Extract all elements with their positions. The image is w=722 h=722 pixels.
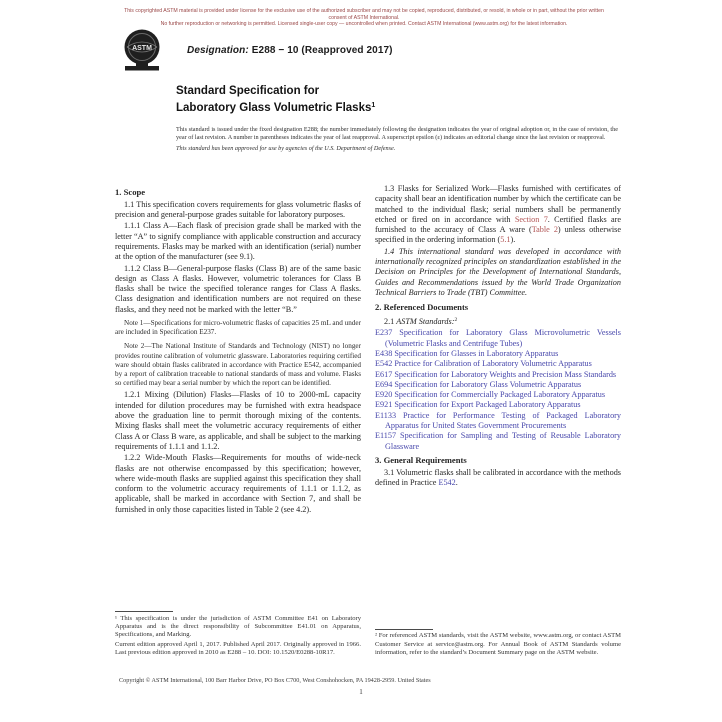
page-number: 1 [0, 688, 722, 696]
ref-link-e617[interactable]: E617 Specification for Laboratory Weight… [375, 370, 621, 380]
crossref-section7-link[interactable]: Section 7 [515, 215, 548, 224]
designation-code: E288 − 10 (Reapproved 2017) [252, 45, 393, 56]
ref-link-e920[interactable]: E920 Specification for Commercially Pack… [375, 390, 621, 400]
ref-link-e1133[interactable]: E1133 Practice for Performance Testing o… [375, 411, 621, 432]
paragraph-3-1: 3.1 Volumetric flasks shall be calibrate… [375, 468, 621, 489]
title-footnote-ref[interactable]: 1 [371, 102, 375, 109]
referenced-documents-heading: 2. Referenced Documents [375, 302, 621, 312]
logo-text: ASTM [132, 45, 152, 52]
designation-label: Designation: [187, 45, 249, 56]
paragraph-1-3: 1.3 Flasks for Serialized Work—Flasks fu… [375, 184, 621, 246]
footnote-1-edition: Current edition approved April 1, 2017. … [115, 641, 361, 657]
paragraph-1-2-2: 1.2.2 Wide-Mouth Flasks—Requirements for… [115, 453, 361, 515]
right-column: 1.3 Flasks for Serialized Work—Flasks fu… [375, 184, 621, 658]
footnote-block-2: ² For referenced ASTM standards, visit t… [375, 629, 621, 658]
astm-standards-subheading: 2.1 ASTM Standards:2 [375, 315, 621, 327]
body-columns: 1. Scope 1.1 This specification covers r… [115, 184, 621, 658]
referenced-standards-list: E237 Specification for Laboratory Glass … [375, 328, 621, 452]
scope-heading: 1. Scope [115, 187, 361, 197]
left-column: 1. Scope 1.1 This specification covers r… [115, 184, 361, 658]
paragraph-1-1: 1.1 This specification covers requiremen… [115, 200, 361, 221]
document-page: This copyrighted ASTM material is provid… [0, 0, 722, 722]
preamble-issued-text: This standard is issued under the fixed … [176, 126, 618, 142]
ref-link-e1157[interactable]: E1157 Specification for Sampling and Tes… [375, 431, 621, 452]
ref-link-e438[interactable]: E438 Specification for Glasses in Labora… [375, 349, 621, 359]
ref-link-e542[interactable]: E542 Practice for Calibration of Laborat… [375, 359, 621, 369]
standard-title: Standard Specification for Laboratory Gl… [176, 85, 375, 115]
inline-link-e542[interactable]: E542 [438, 478, 455, 487]
paragraph-1-1-2: 1.1.2 Class B—General-purpose flasks (Cl… [115, 264, 361, 315]
crossref-5-1-link[interactable]: 5.1 [500, 235, 510, 244]
issuing-preamble: This standard is issued under the fixed … [176, 126, 618, 153]
note-2: Note 2—The National Institute of Standar… [115, 342, 361, 388]
copyright-line: Copyright © ASTM International, 100 Barr… [119, 677, 625, 684]
dod-approval-note: This standard has been approved for use … [176, 145, 618, 153]
paragraph-1-4-wto: 1.4 This international standard was deve… [375, 247, 621, 298]
ref-link-e694[interactable]: E694 Specification for Laboratory Glass … [375, 380, 621, 390]
footnote-rule-right [375, 629, 433, 630]
license-notice-line1: This copyrighted ASTM material is provid… [118, 8, 610, 21]
license-notice: This copyrighted ASTM material is provid… [118, 8, 610, 28]
footnote-block-1: ¹ This specification is under the jurisd… [115, 611, 361, 658]
paragraph-1-2-1: 1.2.1 Mixing (Dilution) Flasks—Flasks of… [115, 390, 361, 452]
footnote-rule-left [115, 611, 173, 612]
license-notice-line2: No further reproduction or networking is… [118, 21, 610, 28]
astm-logo-icon: ASTM [119, 27, 167, 75]
crossref-table2-link[interactable]: Table 2 [532, 225, 558, 234]
footnote-1-jurisdiction: ¹ This specification is under the jurisd… [115, 615, 361, 640]
note-1: Note 1—Specifications for micro-volumetr… [115, 319, 361, 337]
designation-line: Designation:E288 − 10 (Reapproved 2017) [187, 45, 393, 56]
ref-link-e921[interactable]: E921 Specification for Export Packaged L… [375, 400, 621, 410]
general-requirements-heading: 3. General Requirements [375, 455, 621, 465]
ref-link-e237[interactable]: E237 Specification for Laboratory Glass … [375, 328, 621, 349]
title-line1: Standard Specification for [176, 85, 375, 99]
title-line2: Laboratory Glass Volumetric Flasks1 [176, 99, 375, 116]
paragraph-1-1-1: 1.1.1 Class A—Each flask of precision gr… [115, 221, 361, 262]
footnote-2-ref[interactable]: 2 [454, 317, 457, 323]
footnote-2-referenced-standards: ² For referenced ASTM standards, visit t… [375, 632, 621, 657]
